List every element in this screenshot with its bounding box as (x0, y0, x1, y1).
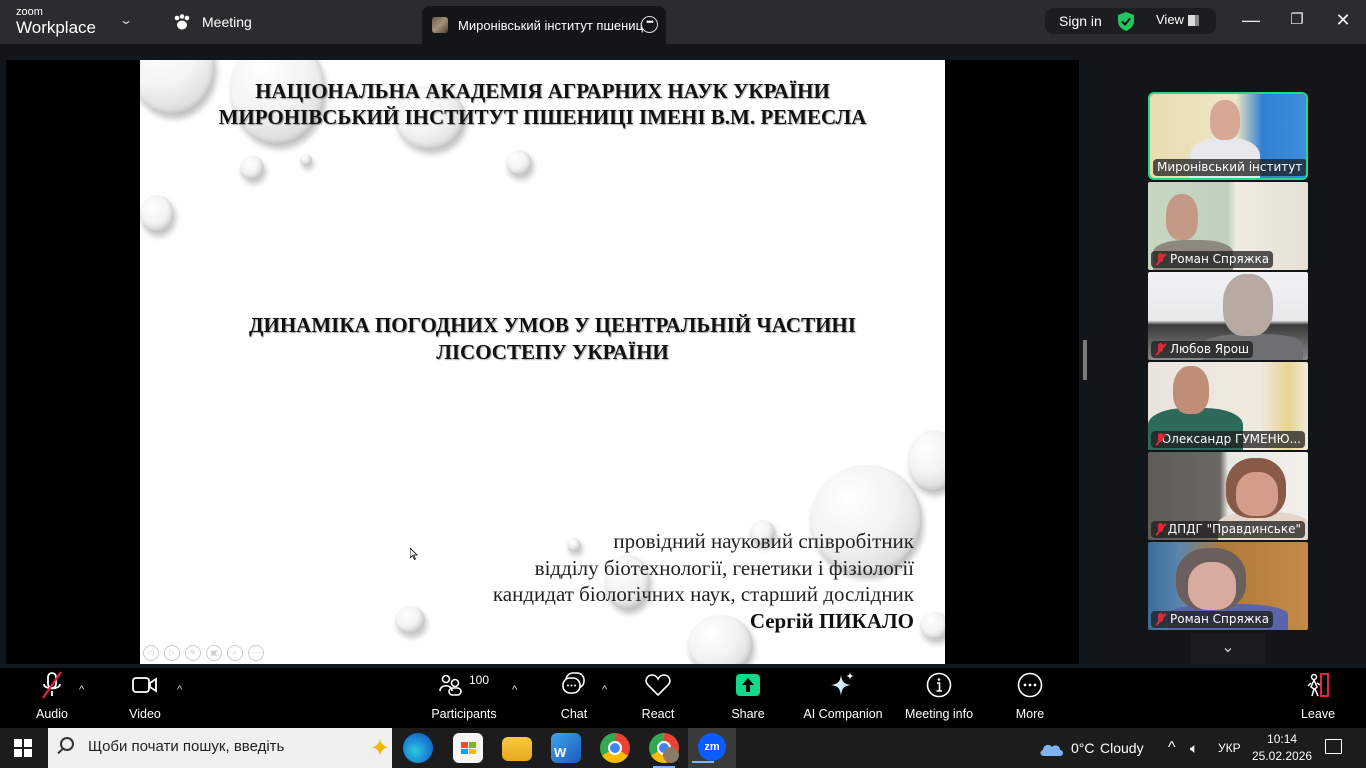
minimize-icon[interactable]: — (1239, 10, 1263, 32)
paw-icon (172, 14, 192, 30)
more-button[interactable]: More (1010, 668, 1050, 728)
more-dots-icon (1010, 668, 1050, 702)
taskbar-clock[interactable]: 10:14 25.02.2026 (1252, 731, 1312, 765)
slides-icon[interactable]: ▣ (206, 645, 222, 661)
muted-microphone-icon (30, 668, 74, 702)
water-drop-decoration (506, 150, 532, 176)
meeting-info-button[interactable]: Meeting info (902, 668, 976, 728)
weather-cloud-icon[interactable] (1039, 728, 1064, 768)
video-tile[interactable]: Роман Спряжка (1148, 182, 1308, 270)
meeting-tab-button[interactable]: Meeting (172, 14, 252, 30)
notifications-icon[interactable] (1325, 739, 1342, 754)
participant-name: Роман Спряжка (1170, 612, 1269, 626)
participant-name-label: Олександр ГУМЕНЮ... (1151, 431, 1305, 448)
next-slide-icon[interactable]: ▷ (164, 645, 180, 661)
participant-name-label: Миронівський інститут п... (1153, 159, 1307, 176)
person-silhouette (1188, 562, 1236, 610)
slide-title: ДИНАМІКА ПОГОДНИХ УМОВ У ЦЕНТРАЛЬНІЙ ЧАС… (140, 312, 945, 366)
presentation-slide: НАЦІОНАЛЬНА АКАДЕМІЯ АГРАРНИХ НАУК УКРАЇ… (140, 60, 945, 664)
heart-icon (638, 668, 678, 702)
search-icon (60, 737, 74, 751)
close-icon[interactable]: ✕ (1331, 10, 1355, 32)
meeting-info-label: Meeting info (902, 707, 976, 721)
ai-companion-label: AI Companion (800, 707, 886, 721)
participant-name: Миронівський інститут п... (1157, 160, 1307, 174)
taskbar-search-box[interactable]: Щоби почати пошук, введіть ✦ (48, 728, 392, 768)
more-icon[interactable]: ⋯ (248, 645, 264, 661)
video-tile[interactable]: Олександр ГУМЕНЮ... (1148, 362, 1308, 450)
muted-mic-icon (1155, 613, 1166, 626)
water-drop-decoration (140, 195, 174, 233)
meeting-thumbnail (432, 17, 448, 33)
title-bar: zoom Workplace ⌄ Meeting Миронівський ін… (0, 0, 1366, 44)
meeting-controls-toolbar: Audio ^ Video ^ 100 Participants ^ Chat … (0, 668, 1366, 728)
restore-icon[interactable]: ❐ (1285, 10, 1309, 32)
clock-date: 25.02.2026 (1252, 748, 1312, 765)
account-view-group: Sign in View (1045, 8, 1216, 34)
institute-name: МИРОНІВСЬКИЙ ІНСТИТУТ ПШЕНИЦІ ІМЕНІ В.М.… (140, 104, 945, 130)
slide-controls: ◁ ▷ ✎ ▣ ⌕ ⋯ (143, 645, 264, 661)
muted-mic-icon (1155, 433, 1158, 446)
react-label: React (638, 707, 678, 721)
leave-door-icon (1298, 668, 1338, 702)
water-drop-decoration (920, 612, 945, 640)
share-label: Share (728, 707, 768, 721)
info-icon (902, 668, 976, 702)
edge-icon[interactable] (403, 733, 433, 763)
chrome-profile-icon[interactable] (649, 733, 679, 763)
video-label: Video (124, 707, 166, 721)
author-name: Сергій ПИКАЛО (493, 608, 914, 635)
water-drop-decoration (240, 156, 264, 180)
audio-label: Audio (30, 707, 74, 721)
chrome-icon[interactable] (600, 733, 630, 763)
chat-options-caret-icon[interactable]: ^ (602, 684, 607, 696)
participant-name-label: ДПДГ "Правдинське" (1151, 521, 1305, 538)
brand-name: Workplace (16, 19, 96, 36)
tab-title: Миронівський інститут пшениц (458, 18, 643, 33)
zoom-workplace-logo[interactable]: zoom Workplace (16, 7, 96, 36)
video-tile[interactable]: Миронівський інститут п... (1148, 92, 1308, 180)
person-silhouette (1236, 472, 1278, 516)
participants-icon: 100 (430, 668, 498, 702)
chevron-down-icon[interactable]: ⌄ (119, 13, 133, 27)
weather-description[interactable]: Cloudy (1100, 728, 1144, 768)
share-screen-icon (728, 668, 768, 702)
participant-name: ДПДГ "Правдинське" (1168, 522, 1301, 536)
brand-small: zoom (16, 7, 96, 18)
participants-button[interactable]: 100 Participants (430, 668, 498, 728)
panel-resize-handle[interactable] (1083, 340, 1087, 380)
audio-options-caret-icon[interactable]: ^ (79, 684, 84, 696)
mouse-cursor-icon (410, 548, 418, 560)
more-label: More (1010, 707, 1050, 721)
participant-name: Роман Спряжка (1170, 252, 1269, 266)
slide-title-line: ЛІСОСТЕПУ УКРАЇНИ (140, 339, 945, 366)
file-explorer-icon[interactable] (502, 737, 532, 761)
video-tile[interactable]: ДПДГ "Правдинське" (1148, 452, 1308, 540)
pen-icon[interactable]: ✎ (185, 645, 201, 661)
ai-sparkle-icon (800, 668, 886, 702)
clock-time: 10:14 (1252, 731, 1312, 748)
ai-companion-button[interactable]: AI Companion (800, 668, 886, 728)
water-drop-decoration (395, 606, 425, 634)
video-button[interactable]: Video (124, 668, 166, 728)
participant-gallery: Миронівський інститут п... Роман Спряжка… (1148, 92, 1308, 632)
water-drop-decoration (300, 154, 312, 166)
slide-title-line: ДИНАМІКА ПОГОДНИХ УМОВ У ЦЕНТРАЛЬНІЙ ЧАС… (140, 312, 945, 339)
meeting-window-tab[interactable]: Миронівський інститут пшениц ••• (422, 6, 666, 44)
zoom-icon: zm (698, 733, 726, 761)
participant-name: Олександр ГУМЕНЮ... (1162, 432, 1301, 446)
participant-name-label: Роман Спряжка (1151, 611, 1273, 628)
volume-icon[interactable]: 🔈︎ (1190, 728, 1198, 768)
author-degree: кандидат біологічних наук, старший дослі… (493, 581, 914, 608)
leave-button[interactable]: Leave (1298, 668, 1338, 728)
copilot-sparkle-icon[interactable]: ✦ (370, 734, 390, 763)
muted-mic-icon (1155, 253, 1166, 266)
water-drop-decoration (908, 430, 945, 492)
person-silhouette (1210, 100, 1240, 140)
chat-label: Chat (556, 707, 592, 721)
input-language[interactable]: УКР (1218, 728, 1241, 768)
chat-icon (556, 668, 592, 702)
share-button[interactable]: Share (728, 668, 768, 728)
person-silhouette (1166, 194, 1198, 240)
participants-count: 100 (469, 673, 489, 687)
video-tile[interactable]: Любов Ярош (1148, 272, 1308, 360)
muted-mic-icon (1155, 523, 1164, 536)
react-button[interactable]: React (638, 668, 678, 728)
search-placeholder: Щоби почати пошук, введіть (88, 738, 284, 755)
show-hidden-icons-chevron-icon[interactable]: ^ (1168, 728, 1176, 768)
person-silhouette (1173, 366, 1209, 414)
weather-temperature[interactable]: 0°C (1071, 728, 1095, 768)
participants-label: Participants (430, 707, 498, 721)
slide-header: НАЦІОНАЛЬНА АКАДЕМІЯ АГРАРНИХ НАУК УКРАЇ… (140, 78, 945, 130)
author-department: відділу біотехнології, генетики і фізіол… (493, 555, 914, 582)
video-tile[interactable]: Роман Спряжка (1148, 542, 1308, 630)
view-layout-icon[interactable] (1188, 15, 1199, 26)
participant-name-label: Роман Спряжка (1151, 251, 1273, 268)
gallery-scroll-down-button[interactable]: ⌄ (1191, 634, 1265, 664)
participant-name: Любов Ярош (1170, 342, 1249, 356)
sign-in-button[interactable]: Sign in (1059, 13, 1102, 29)
video-camera-icon (124, 668, 166, 702)
chat-button[interactable]: Chat (556, 668, 592, 728)
zoom-app-taskbar-button[interactable]: zm (688, 728, 736, 768)
word-icon[interactable]: W (551, 733, 581, 763)
zoom-icon[interactable]: ⌕ (227, 645, 243, 661)
meeting-label: Meeting (202, 14, 252, 30)
store-icon[interactable] (453, 733, 483, 763)
academy-name: НАЦІОНАЛЬНА АКАДЕМІЯ АГРАРНИХ НАУК УКРАЇ… (140, 78, 945, 104)
author-block: провідний науковий співробітник відділу … (493, 528, 914, 634)
leave-label: Leave (1298, 707, 1338, 721)
prev-slide-icon[interactable]: ◁ (143, 645, 159, 661)
more-options-icon[interactable]: ••• (641, 16, 658, 33)
view-button[interactable]: View (1156, 12, 1184, 27)
author-position: провідний науковий співробітник (493, 528, 914, 555)
muted-mic-icon (1155, 343, 1166, 356)
participants-options-caret-icon[interactable]: ^ (512, 684, 517, 696)
windows-taskbar: Щоби почати пошук, введіть ✦ W zm 0°C Cl… (0, 728, 1366, 768)
security-shield-icon[interactable] (1117, 12, 1135, 31)
participant-name-label: Любов Ярош (1151, 341, 1253, 358)
video-options-caret-icon[interactable]: ^ (177, 684, 182, 696)
windows-start-icon[interactable] (14, 739, 32, 757)
person-silhouette (1223, 274, 1273, 336)
audio-button[interactable]: Audio (30, 668, 74, 728)
